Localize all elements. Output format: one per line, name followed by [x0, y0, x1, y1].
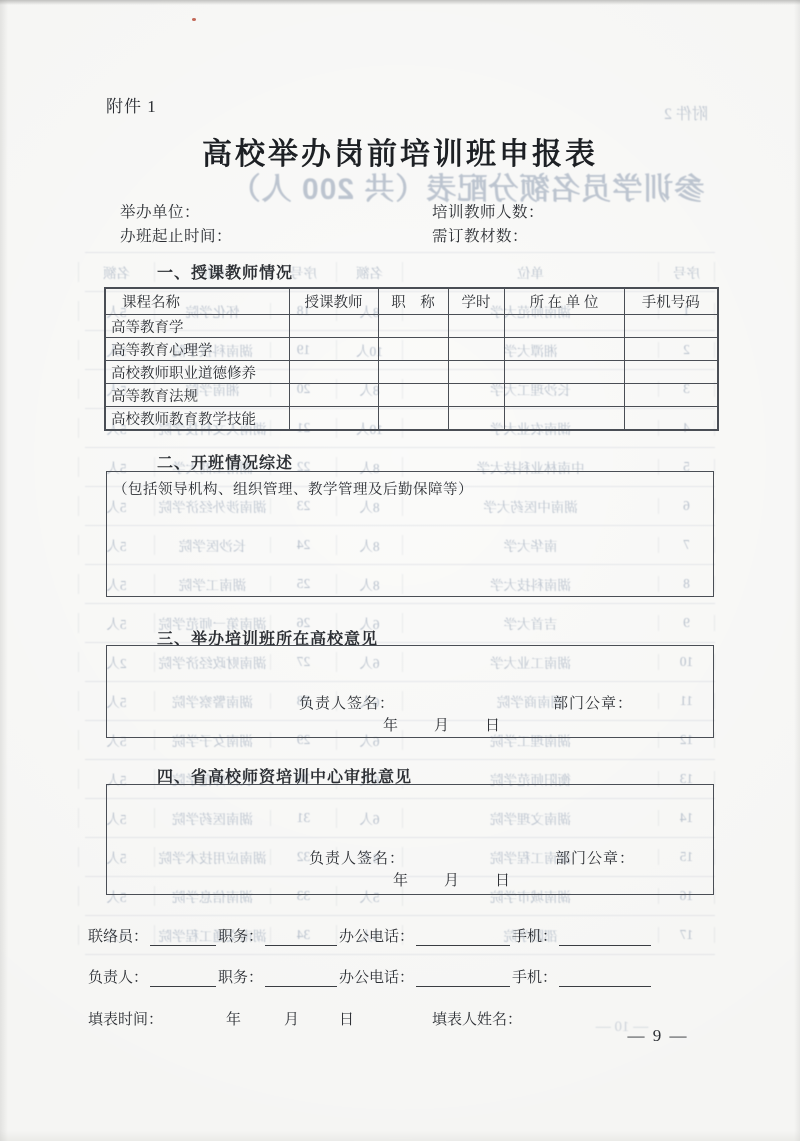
date-line: 年 月 日 — [383, 714, 502, 735]
col-mobile: 手机号码 — [624, 288, 718, 315]
empty-cell — [504, 384, 624, 407]
empty-cell — [504, 338, 624, 361]
center-approval-box: 负责人签名： 部门公章： 年 月 日 — [106, 784, 714, 895]
empty-cell — [289, 384, 378, 407]
empty-cell — [448, 384, 504, 407]
empty-cell — [624, 407, 718, 431]
empty-cell — [448, 315, 504, 338]
empty-cell — [504, 361, 624, 384]
empty-cell — [448, 338, 504, 361]
schedule-field-label: 办班起止时间： — [120, 224, 232, 246]
col-course-name: 课程名称 — [105, 288, 289, 315]
mobile-label: 手机： — [512, 966, 557, 987]
sign-label: 负责人签名： — [299, 692, 395, 713]
seal-label: 部门公章： — [555, 847, 635, 868]
office-phone-label: 办公电话： — [339, 925, 414, 946]
university-opinion-box: 负责人签名： 部门公章： 年 月 日 — [106, 645, 714, 738]
empty-cell — [289, 338, 378, 361]
table-row: 高等教育心理学 — [105, 338, 718, 361]
responsible-name-blank — [150, 971, 216, 987]
mobile-blank — [559, 930, 651, 946]
attachment-label: 附件 1 — [106, 92, 157, 117]
title-blank — [265, 930, 337, 946]
empty-cell — [289, 407, 378, 431]
course-name-cell: 高校教师教育教学技能 — [105, 407, 289, 431]
empty-cell — [624, 361, 718, 384]
course-name-cell: 高等教育心理学 — [105, 338, 289, 361]
bleedthrough-attachment-label: 附件 2 — [648, 101, 724, 124]
responsible-row: 负责人： 职务： 办公电话： 手机： — [88, 966, 653, 987]
empty-cell — [448, 361, 504, 384]
table-row: 高校教师教育教学技能 — [105, 407, 718, 431]
liaison-label: 联络员： — [88, 925, 148, 946]
mobile-blank — [559, 971, 651, 987]
empty-cell — [378, 361, 448, 384]
day-label: 日 — [339, 1008, 354, 1029]
responsible-label: 负责人： — [88, 966, 148, 987]
bleed-cell: 5人 — [78, 613, 154, 633]
organizer-field-label: 举办单位： — [120, 200, 200, 222]
table-row: 高校教师职业道德修养 — [105, 361, 718, 384]
bleed-cell: 吉首大学 — [402, 613, 658, 633]
mobile-label: 手机： — [512, 925, 557, 946]
table-header-row: 课程名称 授课教师 职 称 学时 所 在 单 位 手机号码 — [105, 288, 718, 315]
empty-cell — [504, 407, 624, 431]
title-label: 职务： — [218, 925, 263, 946]
office-phone-label: 办公电话： — [339, 966, 414, 987]
empty-cell — [378, 315, 448, 338]
empty-cell — [504, 315, 624, 338]
teacher-course-table: 课程名称 授课教师 职 称 学时 所 在 单 位 手机号码 高等教育学 高等教育… — [104, 287, 719, 431]
year-label: 年 — [226, 1008, 241, 1029]
course-name-cell: 高等教育法规 — [105, 384, 289, 407]
month-label: 月 — [284, 1008, 299, 1029]
col-hours: 学时 — [448, 288, 504, 315]
empty-cell — [624, 315, 718, 338]
col-unit: 所 在 单 位 — [504, 288, 624, 315]
section2-heading: 二、开班情况综述 — [157, 450, 293, 473]
date-line: 年 月 日 — [393, 869, 512, 890]
section1-heading: 一、授课教师情况 — [157, 260, 293, 283]
liaison-row: 联络员： 职务： 办公电话： 手机： — [88, 925, 653, 946]
col-title: 职 称 — [378, 288, 448, 315]
summary-note: （包括领导机构、组织管理、教学管理及后勤保障等） — [113, 478, 473, 499]
teacher-count-field-label: 培训教师人数： — [432, 200, 544, 222]
empty-cell — [289, 315, 378, 338]
class-summary-box: （包括领导机构、组织管理、教学管理及后勤保障等） — [106, 471, 714, 597]
empty-cell — [289, 361, 378, 384]
title-blank — [265, 971, 337, 987]
bleed-cell: 单位 — [402, 262, 658, 282]
office-phone-blank — [416, 971, 510, 987]
fill-date-row: 填表时间： 年 月 日 填表人姓名： — [88, 1008, 720, 1028]
red-speck — [192, 18, 196, 21]
filler-name-label: 填表人姓名： — [432, 1008, 522, 1029]
seal-label: 部门公章： — [553, 692, 633, 713]
page-number: — 9 — — [608, 1026, 708, 1046]
bleed-cell: 名额 — [78, 262, 154, 282]
office-phone-blank — [416, 930, 510, 946]
empty-cell — [624, 384, 718, 407]
bleed-cell: 17 — [658, 927, 715, 943]
title-label: 职务： — [218, 966, 263, 987]
table-row: 高等教育法规 — [105, 384, 718, 407]
fill-date-label: 填表时间： — [88, 1008, 163, 1029]
empty-cell — [378, 384, 448, 407]
empty-cell — [448, 407, 504, 431]
course-name-cell: 高校教师职业道德修养 — [105, 361, 289, 384]
empty-cell — [624, 338, 718, 361]
bleed-cell: 名额 — [336, 262, 402, 282]
textbook-count-field-label: 需订教材数： — [432, 224, 528, 246]
course-name-cell: 高等教育学 — [105, 315, 289, 338]
empty-cell — [378, 407, 448, 431]
page-title: 高校举办岗前培训班申报表 — [0, 129, 800, 173]
table-row: 高等教育学 — [105, 315, 718, 338]
sign-label: 负责人签名： — [309, 847, 405, 868]
col-teacher: 授课教师 — [289, 288, 378, 315]
empty-cell — [378, 338, 448, 361]
liaison-name-blank — [150, 930, 216, 946]
bleed-cell: 9 — [658, 615, 715, 631]
bleed-cell: 序号 — [658, 262, 715, 282]
